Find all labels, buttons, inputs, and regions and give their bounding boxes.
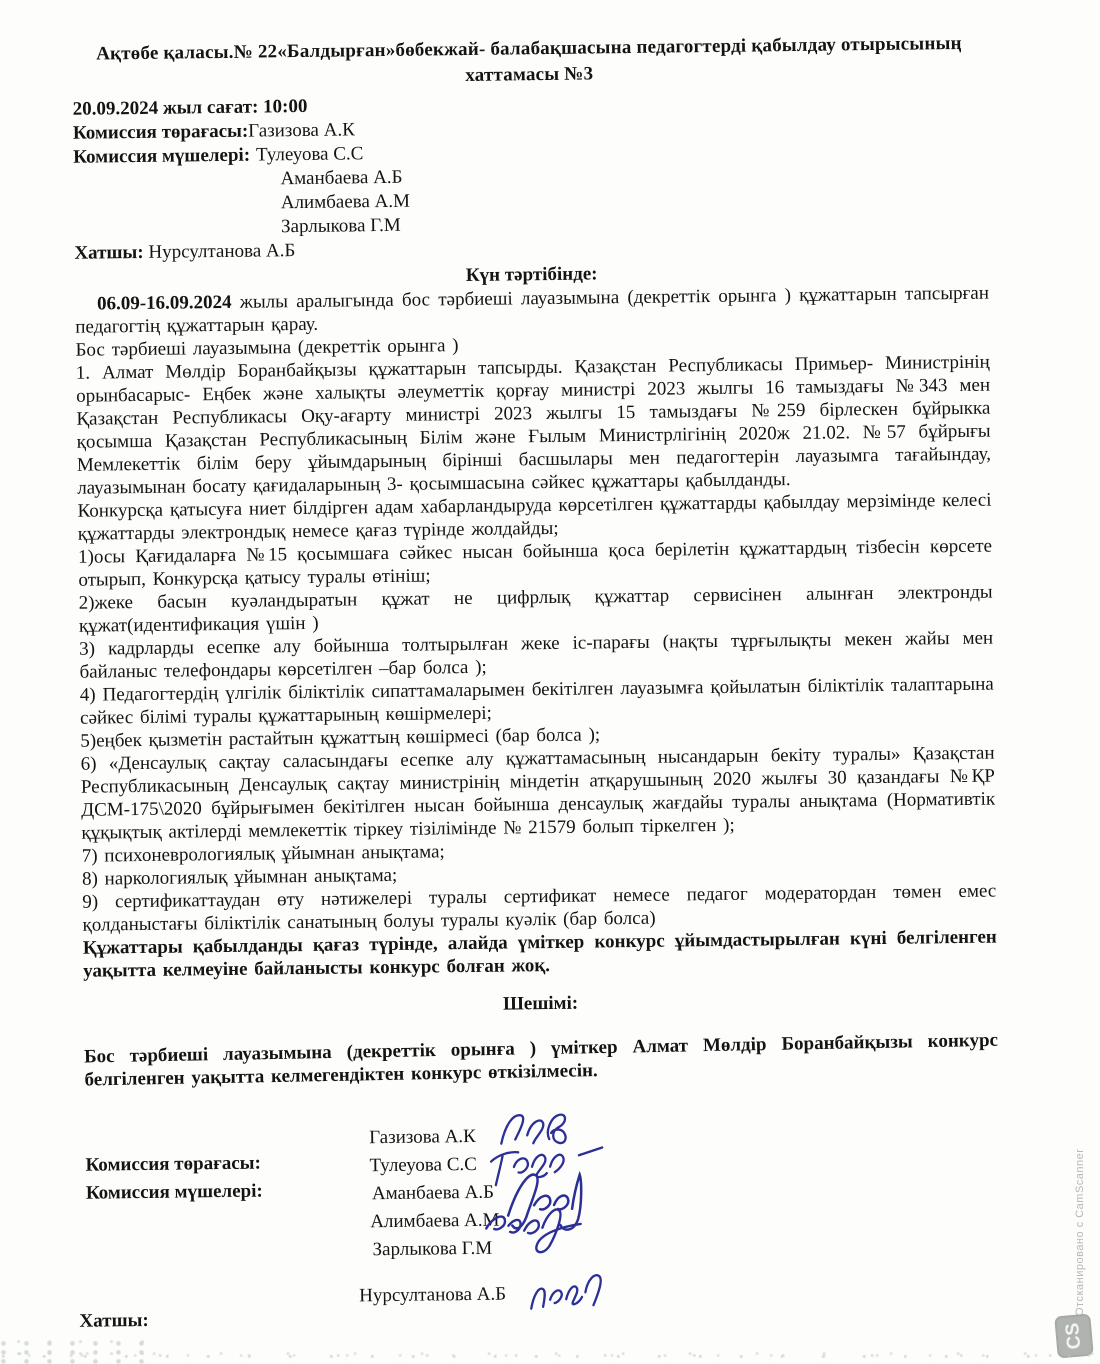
meeting-info: 20.09.2024 жыл сағат: 10:00 Комиссия төр… [72,87,988,266]
camscanner-watermark: Отсканировано с CamScanner [1074,1116,1086,1316]
signature-amanbaeva-ink [498,1164,599,1237]
decision-heading: Шешімі: [84,988,998,1021]
document-title: Ақтөбе қаласы.№ 22«Балдырған»бөбекжай- б… [72,31,987,94]
sig-secretary-label: Хатшы: [79,1310,149,1333]
sig-name-amanbaeva: Аманбаева А.Б [372,1182,494,1205]
sig-name-gazizova: Газизова А.К [369,1126,476,1149]
members-label: Комиссия мүшелері: [73,145,250,168]
secretary-label: Хатшы: [74,242,144,264]
scan-noise-corner [0,1338,150,1364]
applicant-paragraph: 1. Алмат Мөлдір Боранбайқызы құжаттарын … [76,351,992,500]
scan-noise-bottom [0,1348,1100,1364]
camscanner-logo-text: CS [1062,1322,1086,1350]
signature-block: Комиссия төрағасы: Комиссия мүшелері: Га… [85,1104,1002,1364]
chair-name: Газизова А.К [248,119,355,141]
secretary-name: Нурсултанова А.Б [148,240,295,263]
scanned-protocol-document: Ақтөбе қаласы.№ 22«Балдырған»бөбекжай- б… [0,0,1100,1364]
note-paragraph: Құжаттары қабылданды қағаз түрінде, алай… [83,926,997,983]
sig-members-label: Комиссия мүшелері: [86,1181,263,1205]
document-content: Ақтөбе қаласы.№ 22«Балдырған»бөбекжай- б… [0,0,1100,1364]
agenda-date: 06.09-16.09.2024 [97,292,232,315]
sig-chair-label: Комиссия төрағасы: [85,1153,261,1177]
decision-paragraph: Бос тәрбиеші лауазымына (декреттік орынғ… [84,1029,999,1092]
sig-name-tuleuova: Тулеуова С.С [369,1154,477,1177]
sig-name-alimbaeva: Алимбаева А.М [370,1210,499,1234]
signature-tuleuova-ink [483,1130,610,1194]
signature-nursultanova-ink [518,1260,619,1324]
member-name-1: Тулеуова С.С [256,143,364,165]
document-item-6: 6) «Денсаулық сақтау саласындағы есепке … [80,742,995,845]
chair-label: Комиссия төрағасы: [73,121,249,144]
sig-name-nursultanova: Нурсултанова А.Б [359,1284,506,1308]
signature-gazizova-ink [493,1105,584,1156]
sig-name-zarlykova: Зарлыкова Г.М [372,1238,492,1261]
